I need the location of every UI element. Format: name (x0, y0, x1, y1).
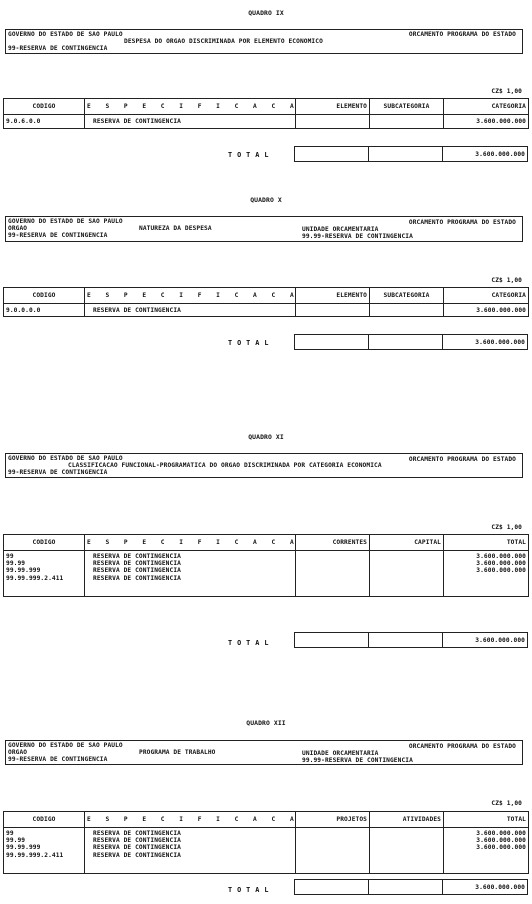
header-unidade-label: UNIDADE ORCAMENTARIA (302, 750, 379, 757)
currency-unit: CZ$ 1,00 (491, 88, 522, 95)
header-budget: ORCAMENTO PROGRAMA DO ESTADO (409, 743, 516, 750)
header-subtitle: NATUREZA DA DESPESA (139, 225, 212, 232)
col-projetos: PROJETOS (296, 812, 370, 828)
cell-total-list: 3.600.000.000 3.600.000.000 3.600.000.00… (444, 551, 529, 597)
especificacao: RESERVA DE CONTINGENCIA (93, 852, 293, 859)
header-budget: ORCAMENTO PROGRAMA DO ESTADO (409, 31, 516, 38)
header-subtitle: DESPESA DO ORGAO DISCRIMINADA POR ELEMEN… (124, 38, 323, 45)
total-col-a (295, 880, 369, 895)
cell-correntes (296, 551, 370, 597)
header-govt: GOVERNO DO ESTADO DE SAO PAULO (8, 455, 123, 462)
table-row: 9.0.0.0.0 RESERVA DE CONTINGENCIA 3.600.… (4, 304, 529, 317)
total: 3.600.000.000 (446, 830, 526, 837)
codigo: 99.99.999.2.411 (6, 852, 82, 859)
col-especificacao: E S P E C I F I C A C A O (85, 99, 296, 115)
quadro-ix-header-box: GOVERNO DO ESTADO DE SAO PAULO ORCAMENTO… (5, 29, 523, 54)
quadro-ix-table: CODIGO E S P E C I F I C A C A O ELEMENT… (3, 98, 529, 129)
codigo: 99.99 (6, 837, 82, 844)
total-label: TOTAL (228, 151, 273, 159)
total-label: TOTAL (228, 639, 273, 647)
header-govt: GOVERNO DO ESTADO DE SAO PAULO (8, 218, 123, 225)
col-codigo: CODIGO (4, 812, 85, 828)
quadro-xi-title: QUADRO XI (0, 433, 532, 441)
quadro-xii-total: 3.600.000.000 (294, 879, 528, 895)
header-orgao: 99-RESERVA DE CONTINGENCIA (8, 232, 107, 239)
total: 3.600.000.000 (446, 553, 526, 560)
currency-unit: CZ$ 1,00 (491, 524, 522, 531)
col-total: TOTAL (444, 535, 529, 551)
cell-capital (370, 551, 444, 597)
cell-codigo-list: 99 99.99 99.99.999 99.99.999.2.411 (4, 828, 85, 874)
total-col-a (295, 147, 369, 162)
header-orgao-label: ORGAO (8, 225, 27, 232)
quadro-xii-title: QUADRO XII (0, 719, 532, 727)
quadro-xi-total: 3.600.000.000 (294, 632, 528, 648)
especificacao: RESERVA DE CONTINGENCIA (93, 844, 293, 851)
quadro-xi-table: CODIGO E S P E C I F I C A C A O CORRENT… (3, 534, 529, 597)
quadro-xii-table: CODIGO E S P E C I F I C A C A O PROJETO… (3, 811, 529, 874)
col-especificacao: E S P E C I F I C A C A O (85, 535, 296, 551)
currency-unit: CZ$ 1,00 (491, 800, 522, 807)
total: 3.600.000.000 (446, 567, 526, 574)
col-correntes: CORRENTES (296, 535, 370, 551)
cell-subcategoria (370, 115, 444, 129)
col-atividades: ATIVIDADES (370, 812, 444, 828)
total-value: 3.600.000.000 (443, 633, 528, 648)
header-orgao-label: ORGAO (8, 749, 27, 756)
quadro-x-title: QUADRO X (0, 196, 532, 204)
header-unidade: 99.99-RESERVA DE CONTINGENCIA (302, 233, 413, 240)
codigo: 99.99 (6, 560, 82, 567)
header-subtitle: PROGRAMA DE TRABALHO (139, 749, 216, 756)
header-subtitle: CLASSIFICACAO FUNCIONAL-PROGRAMATICA DO … (68, 462, 382, 469)
especificacao: RESERVA DE CONTINGENCIA (93, 575, 293, 582)
cell-codigo: 9.0.6.0.0 (4, 115, 85, 129)
total-value: 3.600.000.000 (443, 880, 528, 895)
cell-especificacao-list: RESERVA DE CONTINGENCIA RESERVA DE CONTI… (85, 551, 296, 597)
total: 3.600.000.000 (446, 837, 526, 844)
header-orgao: 99-RESERVA DE CONTINGENCIA (8, 469, 107, 476)
cell-especificacao: RESERVA DE CONTINGENCIA (85, 115, 296, 129)
especificacao: RESERVA DE CONTINGENCIA (93, 837, 293, 844)
total-col-a (295, 633, 369, 648)
header-budget: ORCAMENTO PROGRAMA DO ESTADO (409, 456, 516, 463)
cell-total-list: 3.600.000.000 3.600.000.000 3.600.000.00… (444, 828, 529, 874)
especificacao: RESERVA DE CONTINGENCIA (93, 553, 293, 560)
total: 3.600.000.000 (446, 560, 526, 567)
header-unidade: 99.99-RESERVA DE CONTINGENCIA (302, 757, 413, 764)
col-codigo: CODIGO (4, 288, 85, 304)
total-value: 3.600.000.000 (443, 335, 528, 350)
quadro-x-header-box: GOVERNO DO ESTADO DE SAO PAULO ORCAMENTO… (5, 216, 523, 242)
header-unidade-label: UNIDADE ORCAMENTARIA (302, 226, 379, 233)
col-codigo: CODIGO (4, 99, 85, 115)
col-especificacao: E S P E C I F I C A C A O (85, 812, 296, 828)
codigo: 99.99.999 (6, 567, 82, 574)
col-categoria: CATEGORIA (444, 99, 529, 115)
cell-subcategoria (370, 304, 444, 317)
especificacao: RESERVA DE CONTINGENCIA (93, 560, 293, 567)
cell-categoria: 3.600.000.000 (444, 304, 529, 317)
especificacao: RESERVA DE CONTINGENCIA (93, 567, 293, 574)
col-especificacao: E S P E C I F I C A C A O (85, 288, 296, 304)
cell-codigo: 9.0.0.0.0 (4, 304, 85, 317)
header-govt: GOVERNO DO ESTADO DE SAO PAULO (8, 742, 123, 749)
col-subcategoria: SUBCATEGORIA (370, 99, 444, 115)
table-row: 99 99.99 99.99.999 99.99.999.2.411 RESER… (4, 551, 529, 597)
cell-codigo-list: 99 99.99 99.99.999 99.99.999.2.411 (4, 551, 85, 597)
total-col-b (369, 633, 443, 648)
especificacao: RESERVA DE CONTINGENCIA (93, 830, 293, 837)
total-col-a (295, 335, 369, 350)
total-col-b (369, 147, 443, 162)
col-capital: CAPITAL (370, 535, 444, 551)
col-codigo: CODIGO (4, 535, 85, 551)
header-orgao: 99-RESERVA DE CONTINGENCIA (8, 45, 107, 52)
codigo: 99.99.999.2.411 (6, 575, 82, 582)
quadro-x-table: CODIGO E S P E C I F I C A C A O ELEMENT… (3, 287, 529, 317)
total-label: TOTAL (228, 339, 273, 347)
header-govt: GOVERNO DO ESTADO DE SAO PAULO (8, 31, 123, 38)
codigo: 99.99.999 (6, 844, 82, 851)
col-subcategoria: SUBCATEGORIA (370, 288, 444, 304)
cell-elemento (296, 115, 370, 129)
col-elemento: ELEMENTO (296, 99, 370, 115)
quadro-xii-header-box: GOVERNO DO ESTADO DE SAO PAULO ORCAMENTO… (5, 740, 523, 765)
header-budget: ORCAMENTO PROGRAMA DO ESTADO (409, 219, 516, 226)
quadro-xi-header-box: GOVERNO DO ESTADO DE SAO PAULO ORCAMENTO… (5, 453, 523, 478)
cell-atividades (370, 828, 444, 874)
total-col-b (369, 335, 443, 350)
table-row: 99 99.99 99.99.999 99.99.999.2.411 RESER… (4, 828, 529, 874)
total-col-b (369, 880, 443, 895)
codigo: 99 (6, 553, 82, 560)
total-label: TOTAL (228, 886, 273, 894)
col-total: TOTAL (444, 812, 529, 828)
quadro-x-total: 3.600.000.000 (294, 334, 528, 350)
quadro-ix-total: 3.600.000.000 (294, 146, 528, 162)
cell-especificacao-list: RESERVA DE CONTINGENCIA RESERVA DE CONTI… (85, 828, 296, 874)
currency-unit: CZ$ 1,00 (491, 277, 522, 284)
total-value: 3.600.000.000 (443, 147, 528, 162)
col-categoria: CATEGORIA (444, 288, 529, 304)
cell-elemento (296, 304, 370, 317)
total: 3.600.000.000 (446, 844, 526, 851)
header-orgao: 99-RESERVA DE CONTINGENCIA (8, 756, 107, 763)
codigo: 99 (6, 830, 82, 837)
cell-especificacao: RESERVA DE CONTINGENCIA (85, 304, 296, 317)
quadro-ix-title: QUADRO IX (0, 9, 532, 17)
col-elemento: ELEMENTO (296, 288, 370, 304)
cell-projetos (296, 828, 370, 874)
table-row: 9.0.6.0.0 RESERVA DE CONTINGENCIA 3.600.… (4, 115, 529, 129)
cell-categoria: 3.600.000.000 (444, 115, 529, 129)
